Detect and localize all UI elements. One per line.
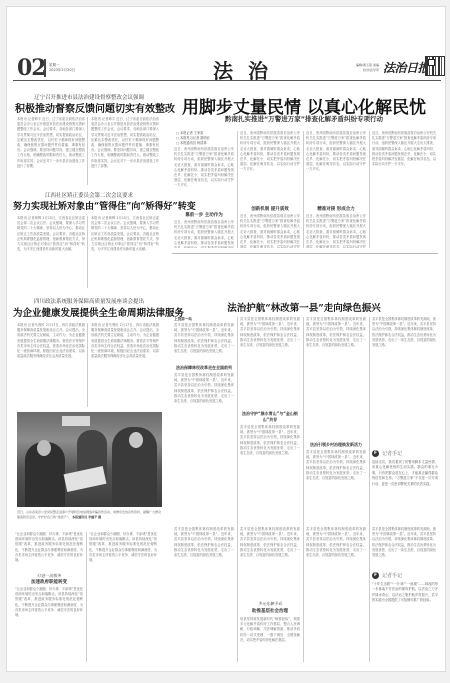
note-body: “十年生态路”“一片林”“一座城”……林改的每一步都离不开法治的保驾护航。以法治…: [372, 582, 438, 662]
shop-sign: [62, 416, 90, 426]
column-divider: [303, 317, 304, 662]
page-number: 02: [17, 55, 46, 81]
news-photo[interactable]: [17, 412, 162, 507]
bottom-left-body-col-1: “让企业和群众少跑腿、好办事、不添堵”是优化营商环境的出发点和落脚点。该县持续深…: [15, 532, 83, 568]
second-body-col-2c: 武平县是全国集体林权制度改革的发源地，被誉为“中国林改第一县”。近年来，武平县坚…: [240, 527, 300, 595]
main-body-col-3b: 近日，贵州省黔南布依族苗族自治州公安机关扎实推进“万警进万家”排查化解矛盾纠纷专…: [306, 214, 366, 248]
second-body-col-4: 武平县是全国集体林权制度改革的发源地，被誉为“中国林改第一县”。近年来，武平县坚…: [372, 317, 436, 447]
issue-date: 2023年2月20日: [49, 68, 75, 73]
second-subhead-1: 法治保障林权改革走在全国前列: [170, 365, 238, 371]
byline: 本报见习记者 胡明岩: [176, 136, 210, 141]
second-subhead-2: 法治守护“绿水青山”与“金山银山”共存: [240, 411, 300, 423]
column-divider: [303, 131, 304, 248]
bottom-left-subhead-1: 加速政府职能转变: [15, 579, 83, 585]
main-body-col-2b: 近日，贵州省黔南布依族苗族自治州公安机关扎实推进“万警进万家”排查化解矛盾纠纷专…: [240, 214, 300, 248]
leaflet: [64, 466, 107, 492]
article-1-body-col-1: 本报讯 记者韩宇 近日，辽宁省委全面依法治省委员会办公室召开推进市县法治建设督察…: [17, 117, 85, 185]
note-header: F 记者手记: [372, 450, 438, 457]
qr-code-icon[interactable]: [425, 56, 445, 76]
section-divider: [172, 253, 438, 254]
column-divider: [237, 131, 238, 248]
column-divider: [369, 131, 370, 248]
bottom-left-body-col-1b: “让企业和群众少跑腿、好办事、不添堵”是优化营商环境的出发点和落脚点。该县持续深…: [15, 587, 83, 663]
article-3-body-col-2: 本报讯 记者马利民 2月17日，四川省政法系统服务保障高质量发展座谈会召开。会议…: [91, 323, 159, 407]
article-2-body-col-1: 本报讯 记者黄辉 2月15日，江西省社区矫正委员会第二次会议召开。会议强调，要深…: [17, 216, 85, 288]
second-headline[interactable]: 法治护航“林改第一县”走向绿色振兴: [169, 300, 439, 314]
journalist-note-1: F 记者手记 连续走访，我们看到了民警用脚步丈量民情、用真心化解民忧的生动实践。…: [372, 450, 438, 520]
second-body-col-2a: 武平县是全国集体林权制度改革的发源地，被誉为“中国林改第一县”。近年来，武平县坚…: [240, 317, 300, 409]
bottom-mid-kicker: 多元化解矛盾: [240, 601, 300, 607]
bottom-mid-title: 助推基层社会治理: [240, 608, 300, 614]
article-3-body-col-1: 本报讯 记者马利民 2月17日，四川省政法系统服务保障高质量发展座谈会召开。会议…: [17, 323, 85, 407]
byline: 本报通讯员 杨清林: [176, 141, 210, 146]
article-3-kicker: 四川政法系统服务保障高质量发展座谈会提出: [19, 297, 159, 305]
main-subheadline: 黔南扎实推进“万警进万家”排查化解矛盾纠纷专项行动: [169, 114, 439, 123]
article-3-headline[interactable]: 为企业健康发展提供全生命周期法律服务: [13, 305, 163, 319]
main-body-col-2a: 近日，贵州省黔南布依族苗族自治州公安机关扎实推进“万警进万家”排查化解矛盾纠纷专…: [240, 131, 300, 203]
date-block: 星期一 2023年2月20日: [49, 63, 75, 73]
column-divider: [237, 317, 238, 662]
second-body-col-2b: 武平县是全国集体林权制度改革的发源地，被誉为“中国林改第一县”。近年来，武平县坚…: [240, 425, 300, 523]
column-divider: [86, 532, 87, 662]
note-body: 连续走访，我们看到了民警用脚步丈量民情、用真心化解民忧的生动实践。群众的事无小事…: [372, 460, 438, 520]
journalist-note-icon: F: [372, 572, 379, 579]
main-body-col-4: 近日，贵州省黔南布依族苗族自治州公安机关扎实推进“万警进万家”排查化解矛盾纠纷专…: [372, 131, 436, 248]
column-divider: [369, 317, 370, 662]
masthead: 02 星期一 2023年2月20日 法 治 编辑/黄玉菊 美编 校对/张学军 法…: [13, 55, 441, 81]
article-1-body-col-2: 本报讯 记者韩宇 近日，辽宁省委全面依法治省委员会办公室召开推进市县法治建设督察…: [91, 117, 159, 185]
note-title: 记者手记: [382, 450, 402, 457]
second-body-col-1c: 武平县是全国集体林权制度改革的发源地，被誉为“中国林改第一县”。近年来，武平县坚…: [174, 527, 234, 662]
editor-credits: 编辑/黄玉菊 美编 校对/张学军: [351, 63, 379, 72]
second-body-col-3a: 武平县是全国集体林权制度改革的发源地，被誉为“中国林改第一县”。近年来，武平县坚…: [306, 317, 366, 439]
photo-credit: 本报通讯员 李建平 摄: [72, 515, 101, 519]
article-2-body-col-2: 本报讯 记者黄辉 2月15日，江西省社区矫正委员会第二次会议召开。会议强调，要深…: [91, 216, 159, 288]
person-face: [37, 440, 51, 456]
second-body-col-1a: 武平县是全国集体林权制度改革的发源地，被誉为“中国林改第一县”。近年来，武平县坚…: [174, 323, 234, 363]
main-bylines: 本报记者 王家梁 本报见习记者 胡明岩 本报通讯员 杨清林: [176, 131, 210, 145]
journalist-note-icon: F: [372, 450, 379, 457]
article-2-headline[interactable]: 努力实现社矫对象由“管得住”向“矫得好”转变: [13, 199, 163, 212]
main-body-col-3a: 近日，贵州省黔南布依族苗族自治州公安机关扎实推进“万警进万家”排查化解矛盾纠纷专…: [306, 131, 366, 203]
second-dateline: 上饶第一站: [174, 317, 234, 322]
page-number-divider: [44, 59, 46, 77]
main-body-col-1b: 近日，贵州省黔南布依族苗族自治州公安机关扎实推进“万警进万家”排查化解矛盾纠纷专…: [174, 220, 234, 248]
second-body-col-4c: 武平县是全国集体林权制度改革的发源地，被誉为“中国林改第一县”。近年来，武平县坚…: [372, 527, 436, 569]
person-face: [129, 432, 143, 448]
bottom-left-body-col-2: “让企业和群众少跑腿、好办事、不添堵”是优化营商环境的出发点和落脚点。该县持续深…: [89, 532, 157, 662]
main-subhead-3: 靠前一步 主动作为: [174, 212, 234, 218]
main-body-col-1a: 近日，贵州省黔南布依族苗族自治州公安机关扎实推进“万警进万家”排查化解矛盾纠纷专…: [174, 147, 234, 209]
editor-line: 编辑/黄玉菊 美编: [351, 63, 379, 68]
column-divider: [87, 323, 88, 407]
column-divider: [87, 117, 88, 185]
article-1-headline[interactable]: 积极推动督察反馈问题切实有效整改: [15, 100, 163, 115]
second-body-col-3b: 武平县是全国集体林权制度改革的发源地，被誉为“中国林改第一县”。近年来，武平县坚…: [306, 450, 366, 523]
section-title: 法 治: [213, 55, 272, 84]
main-subhead-2: 精准对接 形成合力: [306, 206, 366, 212]
main-subhead-1: 创新机制 提升质效: [240, 206, 300, 212]
second-body-col-3c: 武平县是全国集体林权制度改革的发源地，被誉为“中国林改第一县”。近年来，武平县坚…: [306, 527, 366, 662]
photo-caption: 近日，山东省某县公安局民警走进商户开展防范电信网络诈骗宣传活动，向群众发放宣传资…: [17, 510, 162, 519]
column-divider: [87, 216, 88, 288]
note-title: 记者手记: [382, 572, 402, 579]
newspaper-page: 02 星期一 2023年2月20日 法 治 编辑/黄玉菊 美编 校对/张学军 法…: [6, 6, 446, 672]
journalist-note-2: F 记者手记 “十年生态路”“一片林”“一座城”……林改的每一步都离不开法治的保…: [372, 572, 438, 662]
article-2-kicker: 江西社区矫正委员会第二次会议要求: [19, 191, 159, 199]
second-body-col-1b: 武平县是全国集体林权制度改革的发源地，被誉为“中国林改第一县”。近年来，武平县坚…: [174, 373, 234, 523]
brand-logo: 法治日报: [383, 59, 429, 76]
proofreader-line: 校对/张学军: [351, 68, 379, 73]
note-header: F 记者手记: [372, 572, 438, 579]
second-subhead-3: 法治引领乡村治理焕发新活力: [304, 442, 368, 448]
bottom-mid-body: 该县坚持和发展新时代“枫桥经验”，构建多元化解矛盾纠纷工作格局，整合人民调解、行…: [240, 617, 300, 662]
